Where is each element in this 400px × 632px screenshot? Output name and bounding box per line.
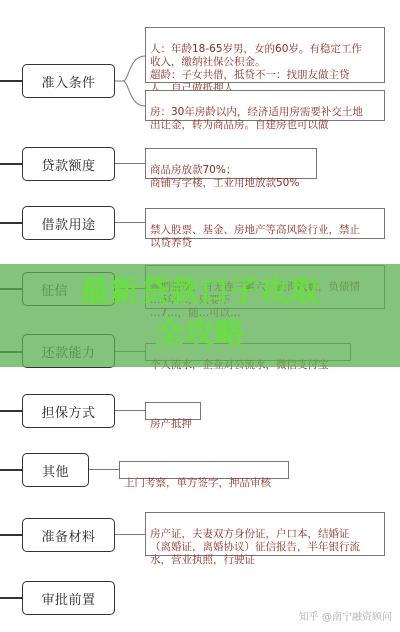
detail-box: 人：年龄18-65岁男，女的60岁。有稳定工作 收入，缴纳社保公积金。 超龄：子… [145,27,385,83]
node-label: 审批前置 [41,589,95,608]
detail-box: 上门考察，单方签字，押品审核 [119,461,289,479]
branch-connector [89,469,119,470]
trunk-line [0,410,22,412]
branch-connector [115,40,145,115]
detail-box: 商品房放款70%； 商铺写字楼，工业用地放款50% [145,148,317,179]
node-label: 贷款额度 [41,155,95,174]
detail-text: 上门考察，单方签字，押品审核 [124,477,271,489]
detail-text: 商品房放款70%； 商铺写字楼，工业用地放款50% [150,164,299,189]
detail-box: 房产抵押 [145,402,201,420]
trunk-line [0,80,22,82]
trunk-line [0,597,22,599]
watermark: 知乎 @南宁融资顾问 [299,608,392,623]
trunk-line [0,534,22,536]
detail-text: 房产证，夫妻双方身份证，户口本，结婚证 （离婚证，离婚协议）征信报告，半年银行流… [150,528,360,566]
node-label: 其他 [42,461,69,480]
node-label: 准入条件 [41,72,95,91]
detail-text: 房：30年房龄以内，经济适用房需要补交土地 出让金，转为商品房。自建房也可以做 [150,106,363,131]
node-loan-purpose[interactable]: 借款用途 [22,206,115,240]
detail-box: 房产证，夫妻双方身份证，户口本，结婚证 （离婚证，离婚协议）征信报告，半年银行流… [145,512,385,556]
trunk-line [0,222,22,224]
node-other[interactable]: 其他 [22,453,89,487]
node-required-documents[interactable]: 准备材料 [22,518,115,552]
detail-text: 人：年龄18-65岁男，女的60岁。有稳定工作 收入，缴纳社保公积金。 超龄：子… [150,43,362,94]
node-admission-conditions[interactable]: 准入条件 [22,64,115,98]
promo-overlay-title: 最新贷款口子攻取 全攻略 [0,270,400,354]
detail-text: 禁入股票、基金、房地产等高风险行业，禁止 以贷养贷 [150,224,360,249]
branch-connector [115,222,145,223]
branch-connector [115,534,145,535]
node-label: 准备材料 [41,526,95,545]
node-guarantee-method[interactable]: 担保方式 [22,394,115,428]
branch-connector [115,410,145,411]
detail-box: 禁入股票、基金、房地产等高风险行业，禁止 以贷养贷 [145,208,385,239]
trunk-line [0,163,22,165]
node-pre-approval[interactable]: 审批前置 [22,581,115,615]
branch-connector [115,163,145,164]
node-label: 借款用途 [41,214,95,233]
detail-box: 房：30年房龄以内，经济适用房需要补交土地 出让金，转为商品房。自建房也可以做 [145,90,385,121]
node-loan-amount[interactable]: 贷款额度 [22,147,115,181]
detail-text: 房产抵押 [150,418,192,430]
trunk-line [0,469,22,471]
node-label: 担保方式 [41,402,95,421]
